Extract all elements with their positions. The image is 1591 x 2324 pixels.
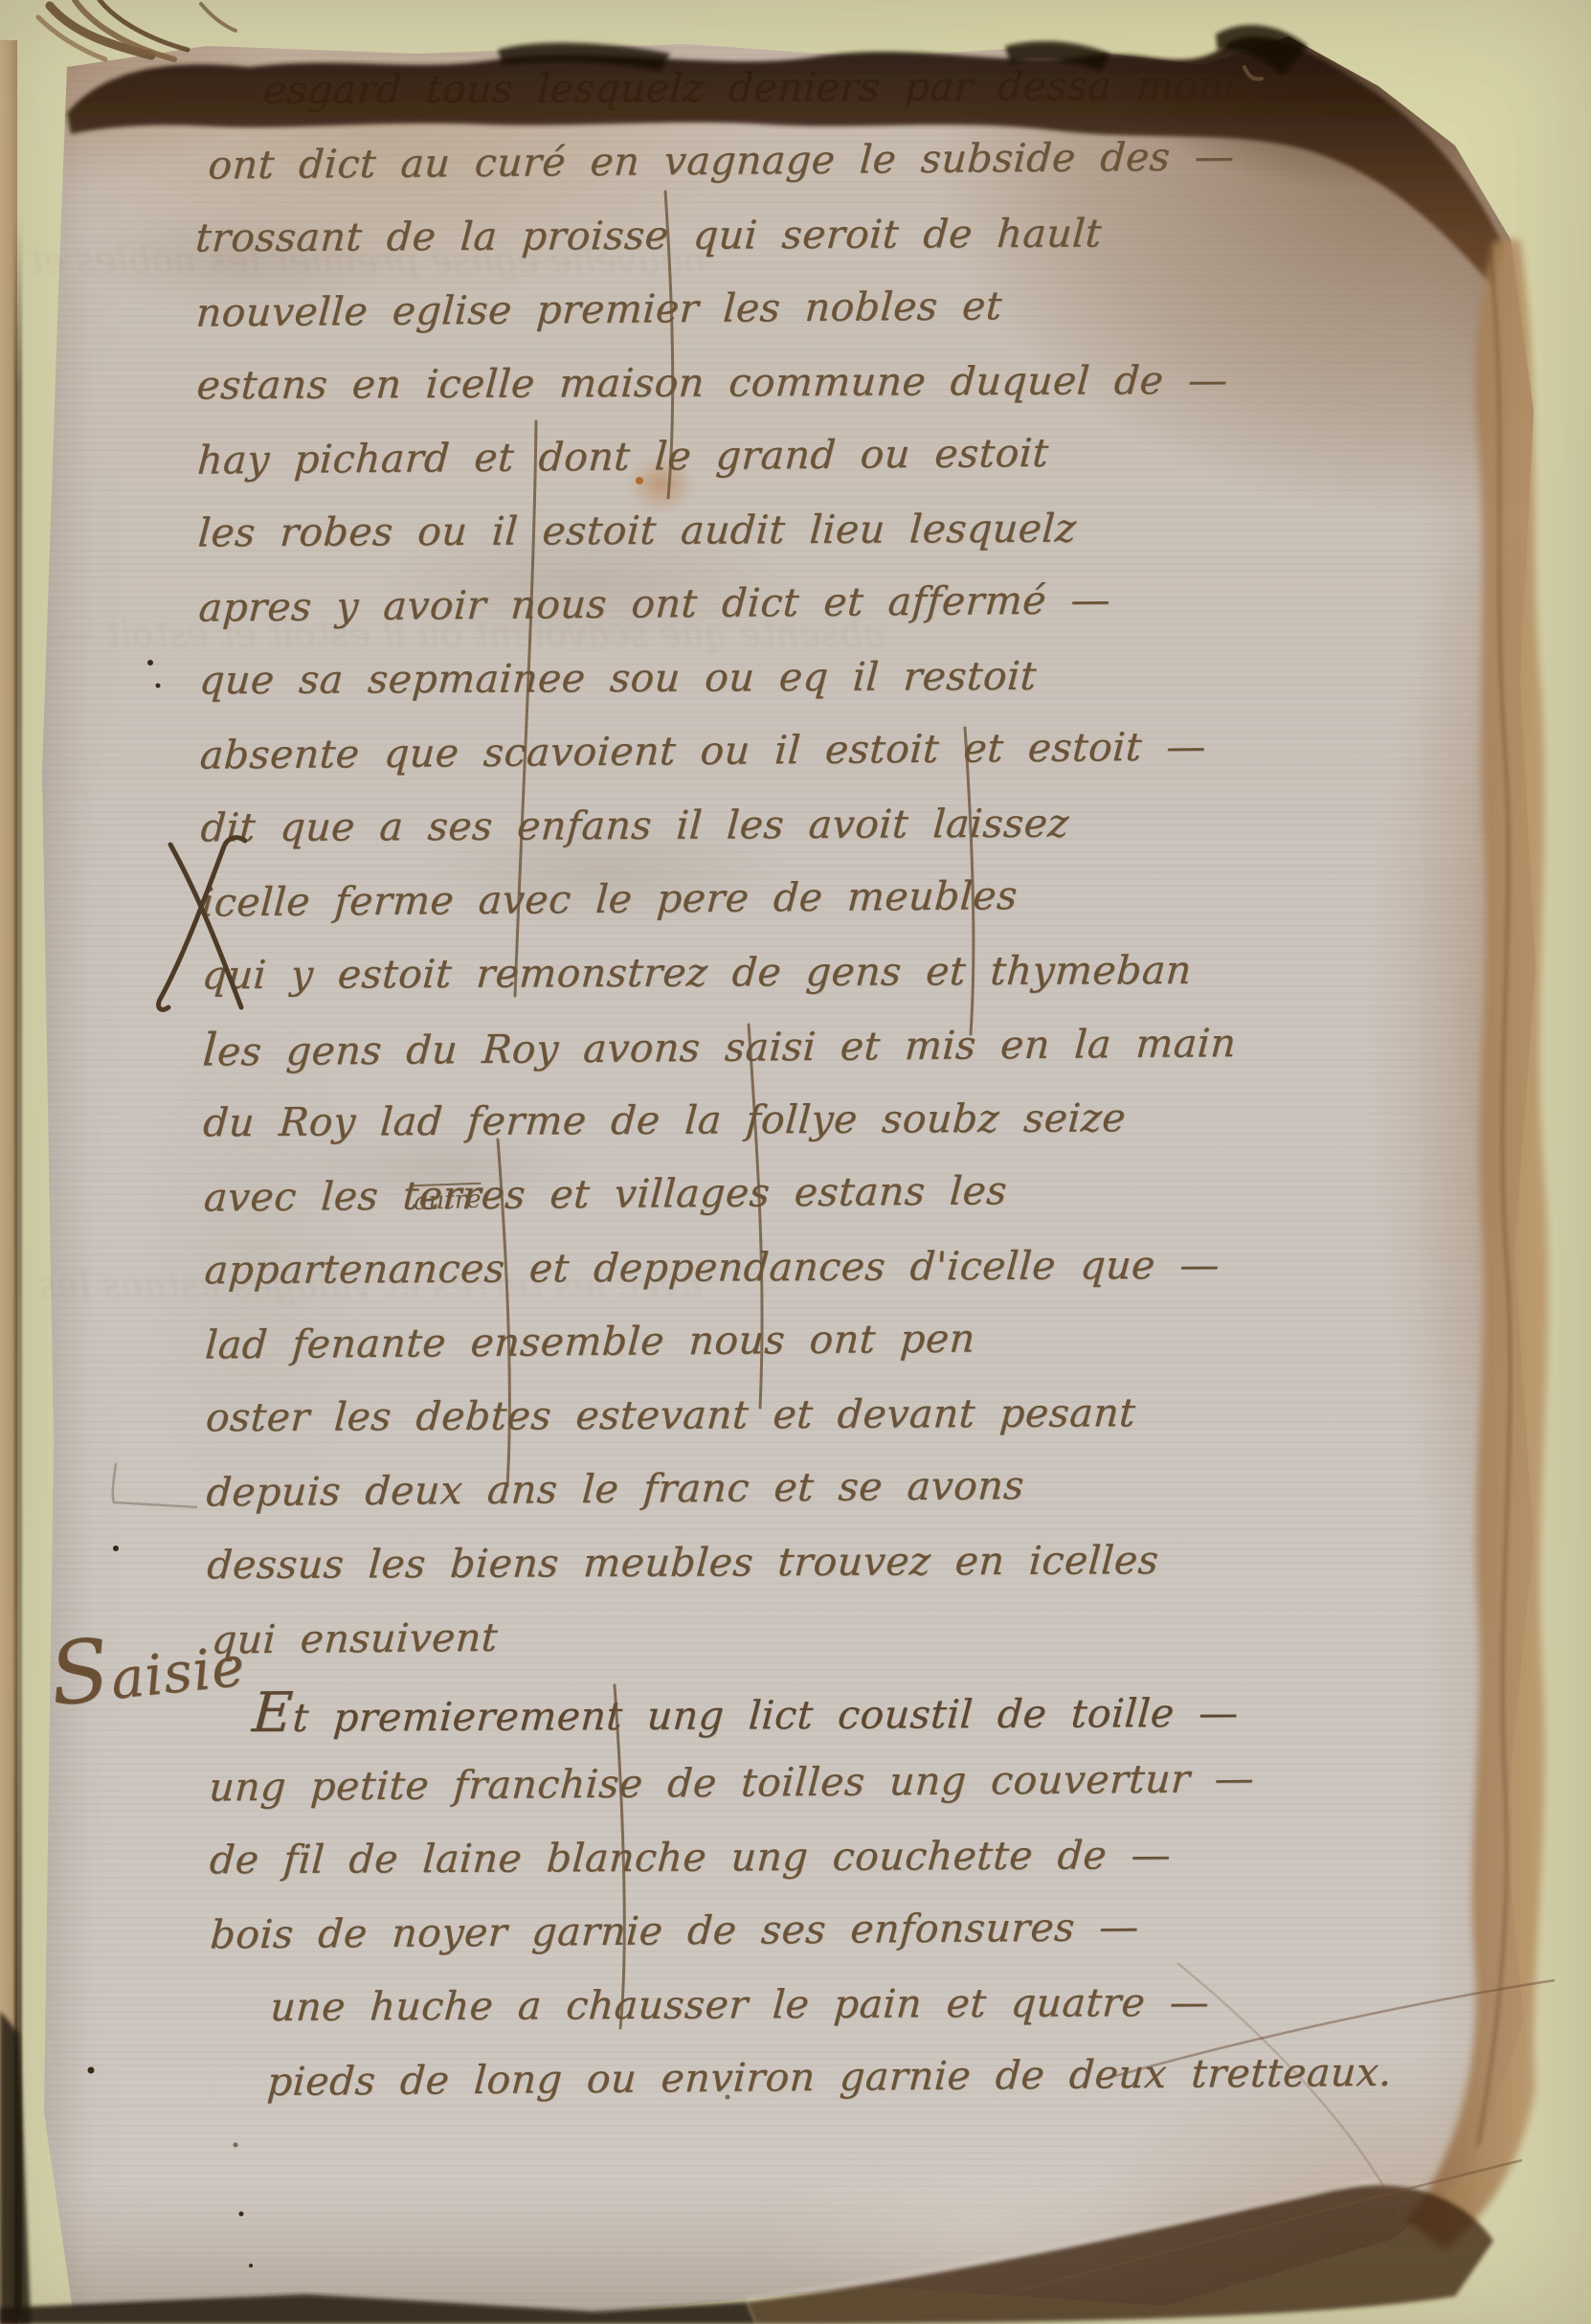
manuscript-line: dessus les biens meubles trouvez en icel… xyxy=(205,1523,1425,1603)
manuscript-line: absente que scavoient ou il estoit et es… xyxy=(198,708,1419,792)
manuscript-text-block: esgard tous lesquelz deniers par dessa m… xyxy=(194,44,1428,2119)
manuscript-line: les gens du Roy avons saisi et mis en la… xyxy=(200,1003,1421,1087)
manuscript-line: pieds de long ou environ garnie de deux … xyxy=(210,2035,1430,2119)
manuscript-line: avec les terres et villages estans les xyxy=(202,1150,1423,1234)
manuscript-line: appartenances et deppendances d'icelle q… xyxy=(202,1228,1423,1308)
manuscript-line: Et premierement ung lict coustil de toil… xyxy=(206,1670,1426,1750)
margin-note-saisie: Saisie xyxy=(45,1607,249,1726)
photo-of-manuscript: { "document": { "kind": "Bound 16th-cent… xyxy=(0,0,1591,2324)
manuscript-line: ung petite franchise de toilles ung couv… xyxy=(207,1740,1427,1824)
manuscript-line: apres y avoir nous ont dict et affermé — xyxy=(196,560,1417,644)
manuscript-line: les robes ou il estoit audit lieu lesque… xyxy=(196,490,1417,571)
manuscript-line: de fil de laine blanche ung couchette de… xyxy=(208,1817,1428,1898)
manuscript-line: esgard tous lesquelz deniers par dessa m… xyxy=(192,48,1413,128)
manuscript-line: icelle ferme avec le pere de meubles xyxy=(199,855,1420,939)
manuscript-line: trossant de la proisse qui seroit de hau… xyxy=(193,195,1414,276)
manuscript-line: oster les debtes estevant et devant pesa… xyxy=(204,1375,1424,1455)
manuscript-line: ont dict au curé en vagnage le subside d… xyxy=(192,118,1413,202)
manuscript-line: dit que a ses enfans il les avoit laisse… xyxy=(198,785,1419,866)
manuscript-line: qui ensuivent xyxy=(206,1592,1426,1677)
manuscript-line: depuis deux ans le franc et se avons xyxy=(204,1445,1424,1529)
manuscript-line: bois de noyer garnie de ses enfonsures — xyxy=(208,1887,1428,1972)
manuscript-line: une huche a chausser le pain et quatre — xyxy=(209,1965,1429,2045)
interlinear-insertion: autre xyxy=(413,1183,482,1216)
manuscript-line: lad fenante ensemble nous ont pen xyxy=(203,1297,1423,1382)
manuscript-line: qui y estoit remonstrez de gens et thyme… xyxy=(200,933,1421,1013)
manuscript-line: hay pichard et dont le grand ou estoit xyxy=(195,413,1416,497)
manuscript-line: nouvelle eglise premier les nobles et xyxy=(194,265,1415,350)
corner-fold-highlight xyxy=(743,2151,1221,2313)
manuscript-line: du Roy lad ferme de la follye soubz seiz… xyxy=(201,1080,1422,1161)
manuscript-line: estans en icelle maison commune duquel d… xyxy=(194,343,1415,423)
gutter-shadow xyxy=(14,220,22,2314)
manuscript-line: que sa sepmainee sou ou eq il restoit xyxy=(197,638,1418,718)
